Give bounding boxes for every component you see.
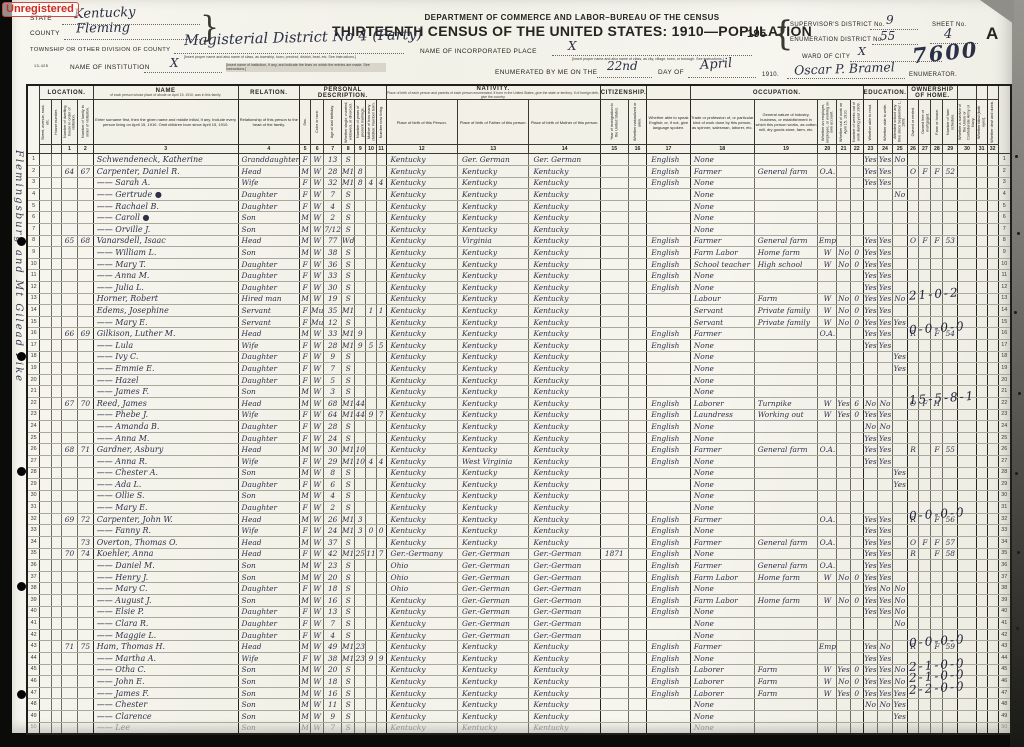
cell-sx: M [300, 722, 311, 734]
cell-bp: Kentucky [386, 177, 457, 189]
cell-rd: Yes [863, 258, 878, 270]
cell-rd [863, 479, 878, 491]
cell-bl [976, 270, 987, 282]
cell-en: English [647, 641, 691, 653]
cell-name: —— Emmie E. [93, 363, 238, 375]
cell-sx: M [300, 687, 311, 699]
cell-ym [355, 154, 366, 166]
cell-ym [355, 629, 366, 641]
cell-cls [818, 177, 837, 189]
cell-cr: W [311, 490, 324, 502]
cell-na [628, 618, 646, 630]
cell-oc: None [690, 351, 754, 363]
line-number-left: 31 [27, 502, 40, 514]
cell-dw: 67 [62, 397, 78, 409]
line-number-right: 5 [998, 200, 1011, 212]
cell-house [52, 409, 62, 421]
cell-age: 13 [324, 154, 342, 166]
cell-name: —— Mary C. [93, 583, 238, 595]
cell-df [987, 258, 998, 270]
cell-h1 [907, 212, 919, 224]
cell-cr: W [311, 154, 324, 166]
cell-name: —— Ada L. [93, 479, 238, 491]
cell-sx: F [300, 363, 311, 375]
cell-cr: W [311, 479, 324, 491]
cell-en [647, 699, 691, 711]
cell-dw [62, 687, 78, 699]
cell-cl [376, 293, 386, 305]
cell-ow [837, 328, 850, 340]
cell-wr: Yes [878, 305, 893, 317]
cell-h4 [943, 421, 958, 433]
cell-sx: F [300, 351, 311, 363]
cell-ym [355, 305, 366, 317]
cell-cls: Emp [818, 235, 837, 247]
cell-bm: Kentucky [529, 293, 600, 305]
cell-im [600, 166, 628, 178]
cell-wk [850, 363, 863, 375]
cell-cl [376, 537, 386, 549]
cell-bm: Kentucky [529, 421, 600, 433]
cell-rd: Yes [863, 247, 878, 259]
cell-dw: 70 [62, 548, 78, 560]
punch-hole [17, 690, 26, 699]
year-label: 1910. [762, 72, 779, 78]
cell-rel: Daughter [238, 351, 300, 363]
cell-house [52, 363, 62, 375]
cell-cr: W [311, 282, 324, 294]
cell-wr: Yes [878, 409, 893, 421]
cell-street [40, 235, 52, 247]
cell-df [987, 351, 998, 363]
cell-na [628, 421, 646, 433]
cell-cls [818, 282, 837, 294]
cell-age: 18 [324, 676, 342, 688]
cell-oc: Farm Labor [690, 247, 754, 259]
cell-im [600, 339, 628, 351]
line-number-left: 22 [27, 397, 40, 409]
cell-wk [850, 189, 863, 201]
cell-ym [355, 502, 366, 514]
cell-rel: Son [238, 687, 300, 699]
cell-h3 [931, 224, 943, 236]
cell-rd: Yes [863, 316, 878, 328]
col-header-sx: Sex. [300, 100, 311, 145]
cell-bf: Kentucky [458, 676, 529, 688]
cell-fm: 70 [77, 397, 93, 409]
cell-sc [892, 200, 907, 212]
cell-street [40, 212, 52, 224]
cell-df [987, 339, 998, 351]
cell-h1 [907, 699, 919, 711]
cell-ms: S [341, 479, 354, 491]
cell-sc [892, 653, 907, 665]
cell-en: English [647, 513, 691, 525]
cell-na [628, 595, 646, 607]
cell-rel: Granddaughter [238, 154, 300, 166]
col-number-age: 7 [324, 145, 342, 154]
cell-age: 16 [324, 595, 342, 607]
cell-sx: M [300, 676, 311, 688]
cell-fm [77, 467, 93, 479]
cell-bm: Kentucky [529, 409, 600, 421]
cell-ym: 8 [355, 166, 366, 178]
cell-house [52, 351, 62, 363]
cell-h1 [907, 421, 919, 433]
punch-hole [17, 352, 26, 361]
cell-in2 [754, 653, 818, 665]
cell-rd: Yes [863, 606, 878, 618]
cell-rel: Son [238, 710, 300, 722]
cell-cr: Mu [311, 305, 324, 317]
cell-h1 [907, 270, 919, 282]
cell-bm: Kentucky [529, 699, 600, 711]
cell-fm [77, 212, 93, 224]
cell-cb [366, 676, 376, 688]
cell-ms: S [341, 560, 354, 572]
col-number-ym: 9 [355, 145, 366, 154]
cell-bm: Kentucky [529, 653, 600, 665]
cell-df [987, 432, 998, 444]
cell-h4 [943, 722, 958, 734]
col-number-ms: 8 [341, 145, 354, 154]
cell-vet [958, 154, 976, 166]
cell-street [40, 606, 52, 618]
cell-oc: Farmer [690, 560, 754, 572]
cell-bp: Kentucky [386, 316, 457, 328]
section-location: LOCATION. [40, 85, 93, 100]
census-row: 21—— James F.SonMW3SKentuckyKentuckyKent… [27, 386, 1011, 398]
cell-bp: Kentucky [386, 421, 457, 433]
cell-ow [837, 432, 850, 444]
cell-cr: W [311, 212, 324, 224]
cell-street [40, 258, 52, 270]
cell-street [40, 282, 52, 294]
cell-bm: Kentucky [529, 351, 600, 363]
cell-bp: Kentucky [386, 618, 457, 630]
cell-cr: W [311, 270, 324, 282]
cell-wk [850, 177, 863, 189]
cell-cls: W [818, 305, 837, 317]
cell-en [647, 618, 691, 630]
cell-sx: M [300, 397, 311, 409]
cell-rd: Yes [863, 571, 878, 583]
cell-h2 [919, 224, 931, 236]
cell-en [647, 629, 691, 641]
cell-dw [62, 363, 78, 375]
cell-street [40, 548, 52, 560]
cell-age: 49 [324, 641, 342, 653]
cell-ow: Yes [837, 397, 850, 409]
cell-h1: 2-2-0-0 [907, 687, 919, 699]
cell-in2 [754, 154, 818, 166]
cell-oc: Laborer [690, 687, 754, 699]
cell-rd: Yes [863, 270, 878, 282]
cell-name: —— Lula [93, 339, 238, 351]
census-row: 26467Carpenter, Daniel R.HeadMW28M18Kent… [27, 166, 1011, 178]
cell-im [600, 235, 628, 247]
line-number-right: 26 [998, 444, 1011, 456]
cell-wr: Yes [878, 432, 893, 444]
cell-cl [376, 386, 386, 398]
cell-im [600, 386, 628, 398]
cell-fm [77, 351, 93, 363]
cell-rel: Daughter [238, 189, 300, 201]
cell-cl [376, 479, 386, 491]
line-number-right: 25 [998, 432, 1011, 444]
cell-h3 [931, 432, 943, 444]
county-field: Fleming [76, 21, 130, 37]
col-number-h4: 29 [943, 145, 958, 154]
cell-fm [77, 490, 93, 502]
cell-dw [62, 699, 78, 711]
cell-wr: Yes [878, 548, 893, 560]
cell-oc: None [690, 699, 754, 711]
cell-sc: Yes [892, 479, 907, 491]
cell-ow [837, 710, 850, 722]
cell-in2 [754, 224, 818, 236]
cell-h1: R0-0-0-0 [907, 641, 919, 653]
cell-im [600, 722, 628, 734]
cell-ow: No [837, 571, 850, 583]
cell-h3 [931, 339, 943, 351]
cell-ms: S [341, 664, 354, 676]
census-row: 357074Koehler, AnnaHeadFW42M125117Ger.-G… [27, 548, 1011, 560]
cell-name: —— Caroll ● [93, 212, 238, 224]
col-header-na: Whether naturalized or alien. [628, 100, 646, 145]
cell-street [40, 339, 52, 351]
cell-in2 [754, 629, 818, 641]
cell-rd: Yes [863, 687, 878, 699]
cell-wk: 0 [850, 595, 863, 607]
cell-na [628, 653, 646, 665]
cell-dw [62, 583, 78, 595]
cell-wr: Yes [878, 247, 893, 259]
cell-age: 16 [324, 687, 342, 699]
cell-bl [976, 583, 987, 595]
cell-oc: None [690, 710, 754, 722]
cell-ow: No [837, 316, 850, 328]
cell-wr: Yes [878, 525, 893, 537]
cell-wr: Yes [878, 676, 893, 688]
cell-age: 33 [324, 270, 342, 282]
cell-sx: M [300, 166, 311, 178]
cell-bp: Kentucky [386, 293, 457, 305]
cell-age: 5 [324, 374, 342, 386]
cell-im [600, 502, 628, 514]
cell-in2: Private family [754, 305, 818, 317]
cell-cr: W [311, 432, 324, 444]
cell-bl [976, 479, 987, 491]
cell-na [628, 479, 646, 491]
cell-street [40, 328, 52, 340]
cell-bp: Kentucky [386, 363, 457, 375]
cell-h4 [943, 467, 958, 479]
cell-wr: Yes [878, 687, 893, 699]
line-number-right: 46 [998, 676, 1011, 688]
cell-ms: S [341, 676, 354, 688]
cell-df [987, 444, 998, 456]
cell-h1 [907, 374, 919, 386]
cell-street [40, 270, 52, 282]
col-number-oc: 18 [690, 145, 754, 154]
cell-en: English [647, 560, 691, 572]
cell-ms: S [341, 224, 354, 236]
cell-en: English [647, 154, 691, 166]
cell-rel: Son [238, 224, 300, 236]
cell-in2 [754, 432, 818, 444]
cell-sx: M [300, 537, 311, 549]
cell-bl [976, 467, 987, 479]
cell-street [40, 722, 52, 734]
cell-h1: O [907, 235, 919, 247]
cell-house [52, 676, 62, 688]
cell-h3 [931, 571, 943, 583]
cell-oc: Farm Labor [690, 595, 754, 607]
line-number-left: 1 [27, 154, 40, 166]
cell-vet [958, 571, 976, 583]
cell-h3 [931, 525, 943, 537]
cell-rel: Daughter [238, 432, 300, 444]
line-number-left: 11 [27, 270, 40, 282]
census-row: 45—— Otha C.SonMW20SKentuckyKentuckyKent… [27, 664, 1011, 676]
cell-na [628, 676, 646, 688]
cell-cb [366, 479, 376, 491]
cell-bm: Kentucky [529, 270, 600, 282]
cell-df [987, 374, 998, 386]
census-scan-page: Unregistered STATE Kentucky COUNTY Flemi… [0, 0, 1024, 747]
cell-ow [837, 235, 850, 247]
cell-dw [62, 200, 78, 212]
cell-h4 [943, 479, 958, 491]
cell-na [628, 224, 646, 236]
cell-h4 [943, 583, 958, 595]
cell-h1 [907, 525, 919, 537]
cell-h4 [943, 200, 958, 212]
cell-bf: Kentucky [458, 641, 529, 653]
cell-dw [62, 421, 78, 433]
line-number-right: 29 [998, 479, 1011, 491]
cell-ms: M1 [341, 548, 354, 560]
cell-street [40, 502, 52, 514]
line-number-left: 41 [27, 618, 40, 630]
cell-cl [376, 618, 386, 630]
cell-dw [62, 595, 78, 607]
cell-h1: O15-5-8-1 [907, 397, 919, 409]
cell-cb [366, 710, 376, 722]
cell-wk [850, 339, 863, 351]
line-number-right: 23 [998, 409, 1011, 421]
cell-fm: 75 [77, 641, 93, 653]
cell-ym [355, 189, 366, 201]
cell-wr: Yes [878, 571, 893, 583]
cell-oc: Laborer [690, 676, 754, 688]
cell-h2 [919, 409, 931, 421]
cell-bm: Kentucky [529, 502, 600, 514]
cell-oc: None [690, 177, 754, 189]
cell-house [52, 224, 62, 236]
cell-im [600, 444, 628, 456]
institution-note: [Insert name of institution, if any, and… [226, 63, 386, 72]
cell-df [987, 397, 998, 409]
cell-wk [850, 270, 863, 282]
line-number-left: 36 [27, 560, 40, 572]
cell-bm: Kentucky [529, 490, 600, 502]
cell-ms: S [341, 247, 354, 259]
section-nativity: NATIVITY.Place of birth of each person a… [386, 85, 600, 100]
line-number-right: 16 [998, 328, 1011, 340]
cell-bm: Kentucky [529, 235, 600, 247]
cell-cls [818, 189, 837, 201]
cell-bl [976, 235, 987, 247]
cell-bl [976, 374, 987, 386]
census-row: 266871Gardner, AsburyHeadMW30M110Kentuck… [27, 444, 1011, 456]
cell-age: 29 [324, 455, 342, 467]
cell-sc: No [892, 618, 907, 630]
cell-age: 35 [324, 305, 342, 317]
cell-ow [837, 629, 850, 641]
form-number: 13-425 [34, 64, 48, 68]
line-number-left: 23 [27, 409, 40, 421]
cell-sc [892, 282, 907, 294]
cell-df [987, 641, 998, 653]
cell-h3 [931, 560, 943, 572]
col-header-df: Whether deaf and dumb. [987, 100, 998, 145]
line-number-right: 22 [998, 397, 1011, 409]
cell-bf: Kentucky [458, 351, 529, 363]
cell-h2 [919, 722, 931, 734]
cell-cr: W [311, 328, 324, 340]
cell-sx: F [300, 618, 311, 630]
cell-fm: 71 [77, 444, 93, 456]
cell-rd: Yes [863, 293, 878, 305]
cell-house [52, 629, 62, 641]
ward-field: X [858, 45, 866, 58]
cell-sx: M [300, 699, 311, 711]
supervisor-district-field: 9 [886, 13, 894, 27]
cell-name: —— August J. [93, 595, 238, 607]
col-number-fm: 2 [77, 145, 93, 154]
cell-cr: W [311, 363, 324, 375]
cell-in2: High school [754, 258, 818, 270]
cell-fm [77, 571, 93, 583]
cell-im [600, 374, 628, 386]
cell-na [628, 177, 646, 189]
cell-name: —— Martha A. [93, 653, 238, 665]
col-number-cb: 10 [366, 145, 376, 154]
line-number-left: 40 [27, 606, 40, 618]
cell-ym [355, 258, 366, 270]
cell-na [628, 432, 646, 444]
cell-df [987, 629, 998, 641]
cell-sx: M [300, 224, 311, 236]
cell-h1 [907, 467, 919, 479]
cell-oc: None [690, 618, 754, 630]
cell-bl [976, 397, 987, 409]
line-number-right: 36 [998, 560, 1011, 572]
cell-street [40, 351, 52, 363]
cell-bm: Kentucky [529, 525, 600, 537]
census-row: 4—— Gertrude ●DaughterFW7SKentuckyKentuc… [27, 189, 1011, 201]
cell-wk [850, 583, 863, 595]
cell-vet [958, 537, 976, 549]
cell-fm [77, 583, 93, 595]
cell-ms: M1 [341, 409, 354, 421]
cell-house [52, 247, 62, 259]
cell-na [628, 363, 646, 375]
cell-df [987, 316, 998, 328]
cell-wr: Yes [878, 293, 893, 305]
